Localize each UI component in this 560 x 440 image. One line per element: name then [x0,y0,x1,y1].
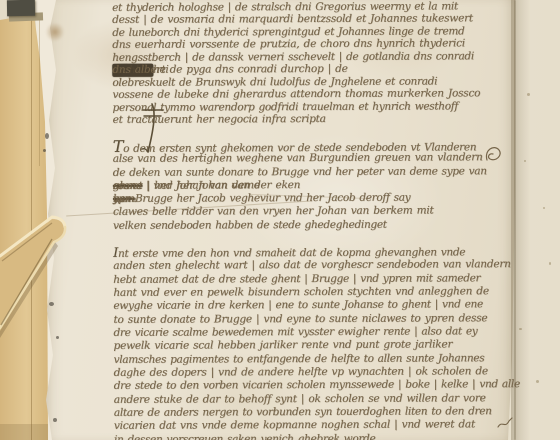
edge-speck [53,418,57,422]
manuscript-text: et thyderich hologhse | de stralsch dni … [112,0,514,440]
edge-speck [45,133,49,139]
manuscript-segment: van Brugge her Jacob vegheviur vnd her J… [113,192,410,207]
folded-corner [0,197,80,342]
flyleaf-bottom-shadow [0,424,48,440]
manuscript-line: et tractauerunt her negocia infra script… [113,112,513,126]
manuscript-line: in dessen vorscreuen saken yenich ghebre… [114,432,514,440]
page-right-edge-line [514,0,516,440]
nota-mark-icon [141,102,165,154]
manuscript-segment: dns alberti [112,64,168,77]
ink-stain [46,22,64,42]
paragraph-first-article: Int erste vme den hon vnd smaheit dat de… [113,245,514,440]
paragraph-flemish-envoys: To dem ersten synt ghekomen vor de stede… [113,138,513,233]
manuscript-segment: her [113,193,130,206]
manuscript-line: velken sendeboden habben de stede ghedeg… [113,218,513,233]
paper-speck [543,207,545,209]
paper-speck [536,380,539,383]
edge-speck [43,149,46,152]
binding-tab [7,0,35,16]
pen-mark-icon [496,415,514,431]
manuscript-segment: ssone | vnd her Johan van der eken [113,179,300,193]
paper-speck [549,262,551,265]
flyleaf-crease [39,16,40,166]
flourish-icon [484,144,504,166]
paragraph-latin-delegates: et thyderich hologhse | de stralsch dni … [112,0,513,126]
manuscript-photo: et thyderich hologhse | de stralsch dni … [0,0,560,440]
